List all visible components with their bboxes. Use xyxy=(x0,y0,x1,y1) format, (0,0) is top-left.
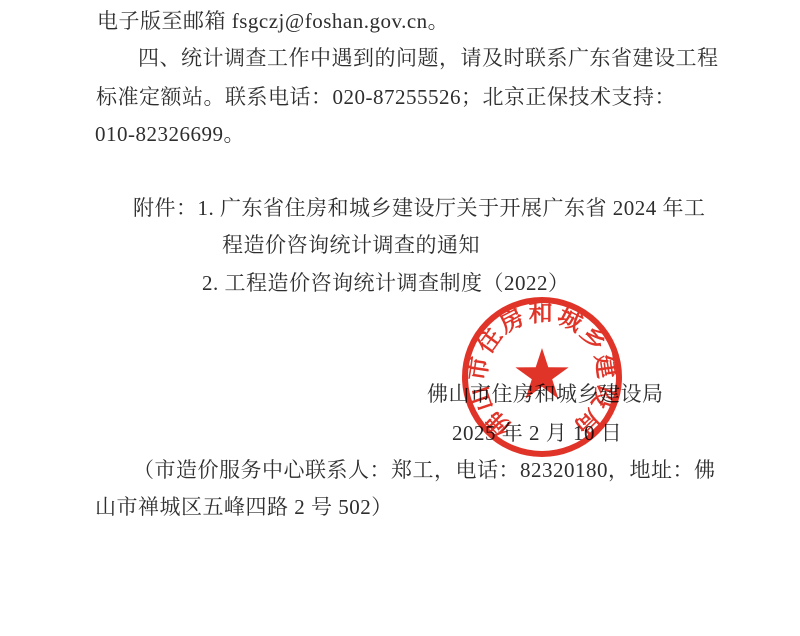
attachment-line-3: 2. 工程造价咨询统计调查制度（2022） xyxy=(202,270,570,296)
contact-note-line-1: （市造价服务中心联系人：郑工，电话：82320180，地址：佛 xyxy=(133,457,716,483)
signature-org: 佛山市住房和城乡建设局 xyxy=(427,381,664,407)
contact-note-line-2: 山市禅城区五峰四路 2 号 502） xyxy=(95,494,393,520)
attachment-line-2: 程造价咨询统计调查的通知 xyxy=(222,232,480,258)
signature-date: 2025 年 2 月 10 日 xyxy=(452,420,622,446)
document-page: 电子版至邮箱 fsgczj@foshan.gov.cn。 四、统计调查工作中遇到… xyxy=(0,0,800,636)
attachment-line-1: 附件：1. 广东省住房和城乡建设厅关于开展广东省 2024 年工 xyxy=(133,195,706,221)
section4-line-2: 标准定额站。联系电话：020-87255526；北京正保技术支持： xyxy=(96,84,676,110)
email-line: 电子版至邮箱 fsgczj@foshan.gov.cn。 xyxy=(97,8,449,34)
section4-line-1: 四、统计调查工作中遇到的问题，请及时联系广东省建设工程 xyxy=(138,45,719,71)
section4-line-3: 010-82326699。 xyxy=(95,121,245,147)
